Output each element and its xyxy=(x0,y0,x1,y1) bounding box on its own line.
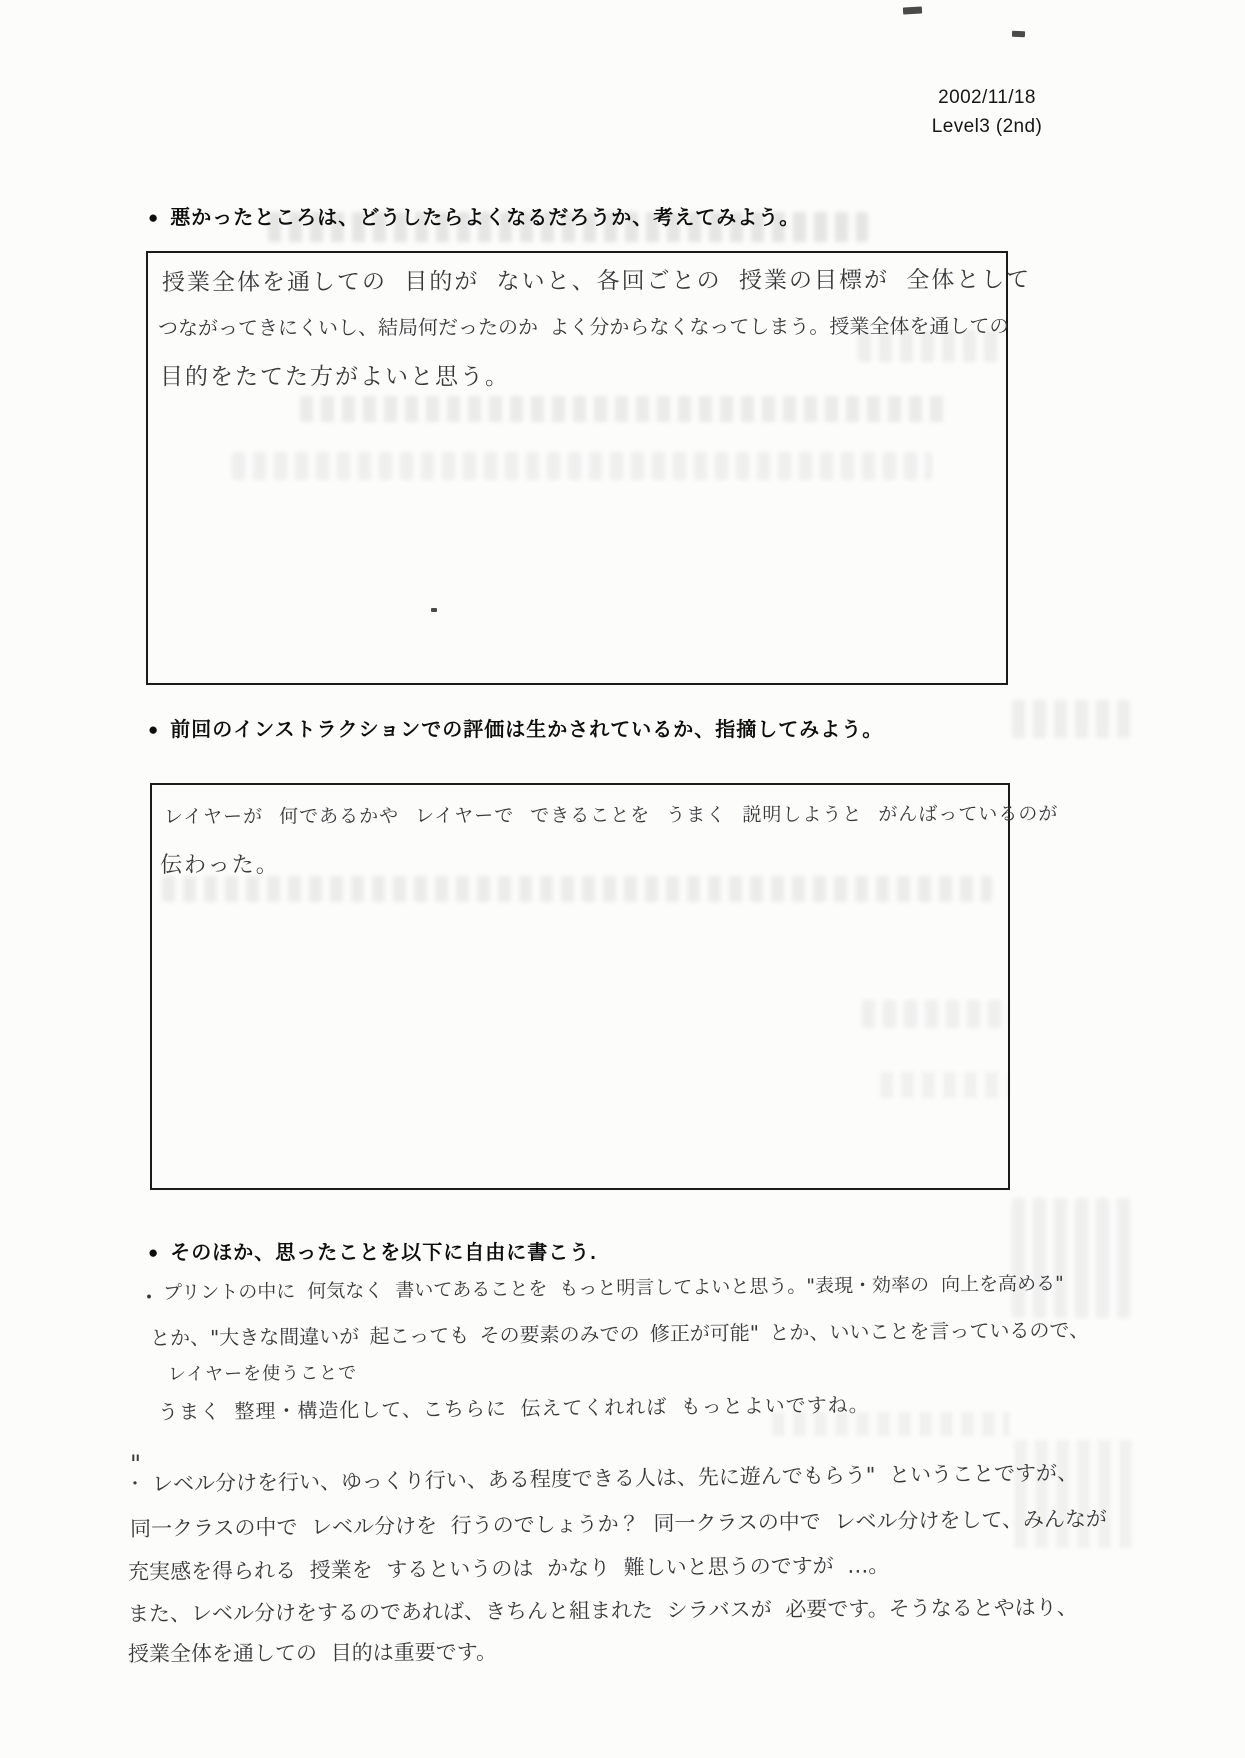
note-1-line: とか、"大きな間違いが 起こっても その要素のみでの 修正が可能" とか、いいこ… xyxy=(150,1314,1089,1351)
question-2-text: 前回のインストラクションでの評価は生かされているか、指摘してみよう。 xyxy=(170,719,883,741)
note-2-line: 授業全体を通しての 目的は重要です。 xyxy=(128,1636,497,1668)
header-date: 2002/11/18 xyxy=(912,84,1062,113)
question-2: ●前回のインストラクションでの評価は生かされているか、指摘してみよう。 xyxy=(148,713,883,742)
document-header: 2002/11/18 Level3 (2nd) xyxy=(912,84,1062,141)
bullet-icon: ● xyxy=(148,720,159,739)
bullet-icon: ● xyxy=(148,1243,159,1262)
note-1-line: レイヤーを使うことで xyxy=(168,1359,357,1386)
note-2-line: 同一クラスの中で レベル分けを 行うのでしょうか？ 同一クラスの中で レベル分け… xyxy=(130,1503,1107,1543)
note-2-bullet: ・ xyxy=(126,1470,144,1496)
answer-1-line: つながってきにくいし、結局何だったのか よく分からなくなってしまう。授業全体を通… xyxy=(158,310,1009,341)
question-1: ●悪かったところは、どうしたらよくなるだろうか、考えてみよう。 xyxy=(148,201,800,230)
note-1-bullet: ・ xyxy=(138,1281,160,1312)
note-1-line: うまく 整理・構造化して、こちらに 伝えてくれれば もっとよいですね。 xyxy=(158,1389,870,1425)
bleedthrough-ghost xyxy=(1012,700,1130,738)
note-2-line: また、レベル分けをするのであれば、きちんと組まれた シラバスが 必要です。そうな… xyxy=(128,1591,1078,1628)
answer-2-line: レイヤーが 何であるかや レイヤーで できることを うまく 説明しようと がんば… xyxy=(164,799,1058,829)
answer-2-line: 伝わった。 xyxy=(160,848,280,879)
note-2-line: 充実感を得られる 授業を するというのは かなり 難しいと思うのですが …。 xyxy=(128,1549,890,1586)
answer-box-2 xyxy=(150,783,1010,1190)
header-session: Level3 (2nd) xyxy=(912,113,1062,142)
answer-1-line: 授業全体を通しての 目的が ないと、各回ごとの 授業の目標が 全体として xyxy=(162,261,1031,297)
bleedthrough-ghost xyxy=(1012,1198,1132,1318)
question-3: ●そのほか、思ったことを以下に自由に書こう. xyxy=(148,1236,597,1265)
bullet-icon: ● xyxy=(148,208,159,227)
answer-1-line: 目的をたてた方がよいと思う。 xyxy=(160,358,510,391)
scan-artifact xyxy=(903,7,922,15)
note-1-line: プリントの中に 何気なく 書いてあることを もっと明言してよいと思う。"表現・効… xyxy=(163,1269,1064,1305)
scan-artifact xyxy=(1012,31,1025,37)
question-3-text: そのほか、思ったことを以下に自由に書こう. xyxy=(170,1242,597,1264)
scanned-feedback-sheet: 2002/11/18 Level3 (2nd) ●悪かったところは、どうしたらよ… xyxy=(0,0,1245,1758)
question-1-text: 悪かったところは、どうしたらよくなるだろうか、考えてみよう。 xyxy=(170,207,800,229)
note-2-line: レベル分けを行い、ゆっくり行い、ある程度できる人は、先に遊んでもらう" というこ… xyxy=(152,1457,1078,1498)
